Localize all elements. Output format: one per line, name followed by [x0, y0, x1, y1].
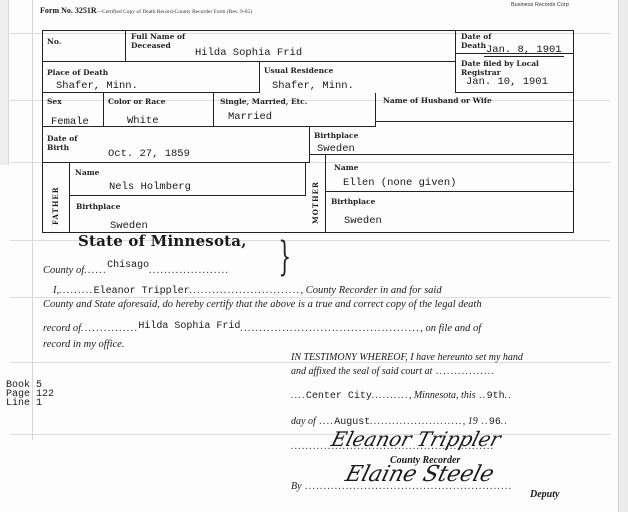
ghost-line: [10, 297, 610, 298]
testimony-line-1: IN TESTIMONY WHEREOF, I have hereunto se…: [291, 352, 523, 363]
place-of-death-value: Shafer, Minn.: [56, 80, 138, 92]
usual-residence-label: Usual Residence: [264, 66, 333, 75]
father-birthplace-value: Sweden: [110, 220, 148, 232]
birthplace-value: Sweden: [317, 143, 355, 155]
office-line: record in my office.: [43, 339, 124, 350]
county-line: County of......Chisago..................…: [43, 265, 229, 277]
state-label: , Minnesota, this: [409, 390, 476, 401]
year-prefix: , 19: [463, 416, 478, 427]
dob-value: Oct. 27, 1859: [108, 148, 190, 160]
color-label: Color or Race: [108, 97, 166, 106]
mother-name-label: Name: [334, 163, 358, 172]
day-value: 9th: [487, 391, 505, 402]
city-value: Center City: [306, 391, 372, 402]
recorder-dots: ........................................…: [291, 441, 495, 452]
deputy-title: Deputy: [530, 489, 559, 500]
form-header: Form No. 3251R—Certified Copy of Death R…: [40, 6, 252, 15]
city-line: ....Center City.........., Minnesota, th…: [291, 390, 512, 402]
mother-name-value: Ellen (none given): [343, 177, 456, 189]
record-tail: , on file and of: [420, 323, 481, 334]
form-description: —Certified Copy of Death Record-County R…: [97, 9, 252, 15]
index-block: Book 5 Page 122 Line 1: [6, 381, 54, 408]
ghost-line: [32, 0, 33, 440]
testimony-line-2: and affixed the seal of said court at ..…: [291, 366, 495, 377]
scan-edge-right: [618, 0, 628, 512]
testimony-line-2-text: and affixed the seal of said court at: [291, 366, 432, 377]
ghost-line: [10, 434, 610, 435]
date-filed-label: Date filed by Local Registrar: [461, 59, 551, 77]
date-filed-value: Jan. 10, 1901: [466, 76, 548, 88]
by-line: By .....................................…: [291, 481, 512, 492]
marital-value: Married: [228, 111, 272, 123]
county-label: County of: [43, 265, 84, 276]
certify-line: County and State aforesaid, do hereby ce…: [43, 299, 482, 310]
record-of-value: Hilda Sophia Frid: [138, 321, 240, 332]
line1-tail: , County Recorder in and for said: [301, 285, 442, 296]
record-of-line: record of...............Hilda Sophia Fri…: [43, 323, 481, 335]
place-of-death-label: Place of Death: [47, 68, 108, 77]
mother-birthplace-value: Sweden: [344, 215, 382, 227]
father-name-label: Name: [75, 168, 99, 177]
father-birthplace-label: Birthplace: [76, 202, 120, 211]
mother-birthplace-label: Birthplace: [331, 197, 375, 206]
sex-label: Sex: [47, 97, 62, 106]
state-title: State of Minnesota,: [78, 232, 247, 250]
record-of-label: record of: [43, 323, 81, 334]
recorder-name: Eleanor Trippler: [94, 286, 190, 297]
usual-residence-value: Shafer, Minn.: [272, 80, 354, 92]
scan-edge-left: [0, 0, 9, 165]
county-value: Chisago: [107, 260, 149, 271]
spouse-label: Name of Husband or Wife: [383, 96, 492, 105]
birthplace-label: Birthplace: [314, 131, 358, 140]
day-of-label: day of: [291, 416, 316, 427]
form-number: Form No. 3251R: [40, 6, 97, 15]
recorder-line: I,.........Eleanor Trippler.............…: [53, 285, 442, 297]
father-section-label: FATHER: [51, 175, 60, 225]
no-cell: [42, 30, 126, 62]
publisher: Business Records Corp: [511, 2, 569, 8]
no-label: No.: [47, 37, 61, 46]
color-value: White: [127, 115, 159, 127]
mother-section-label: MOTHER: [311, 178, 320, 224]
father-name-value: Nels Holmberg: [109, 181, 191, 193]
marital-label: Single, Married, Etc.: [220, 97, 307, 106]
dob-label: Date of Birth: [47, 134, 87, 152]
brace: }: [278, 237, 291, 277]
by-label: By: [291, 481, 302, 492]
index-line: Line 1: [6, 399, 54, 408]
